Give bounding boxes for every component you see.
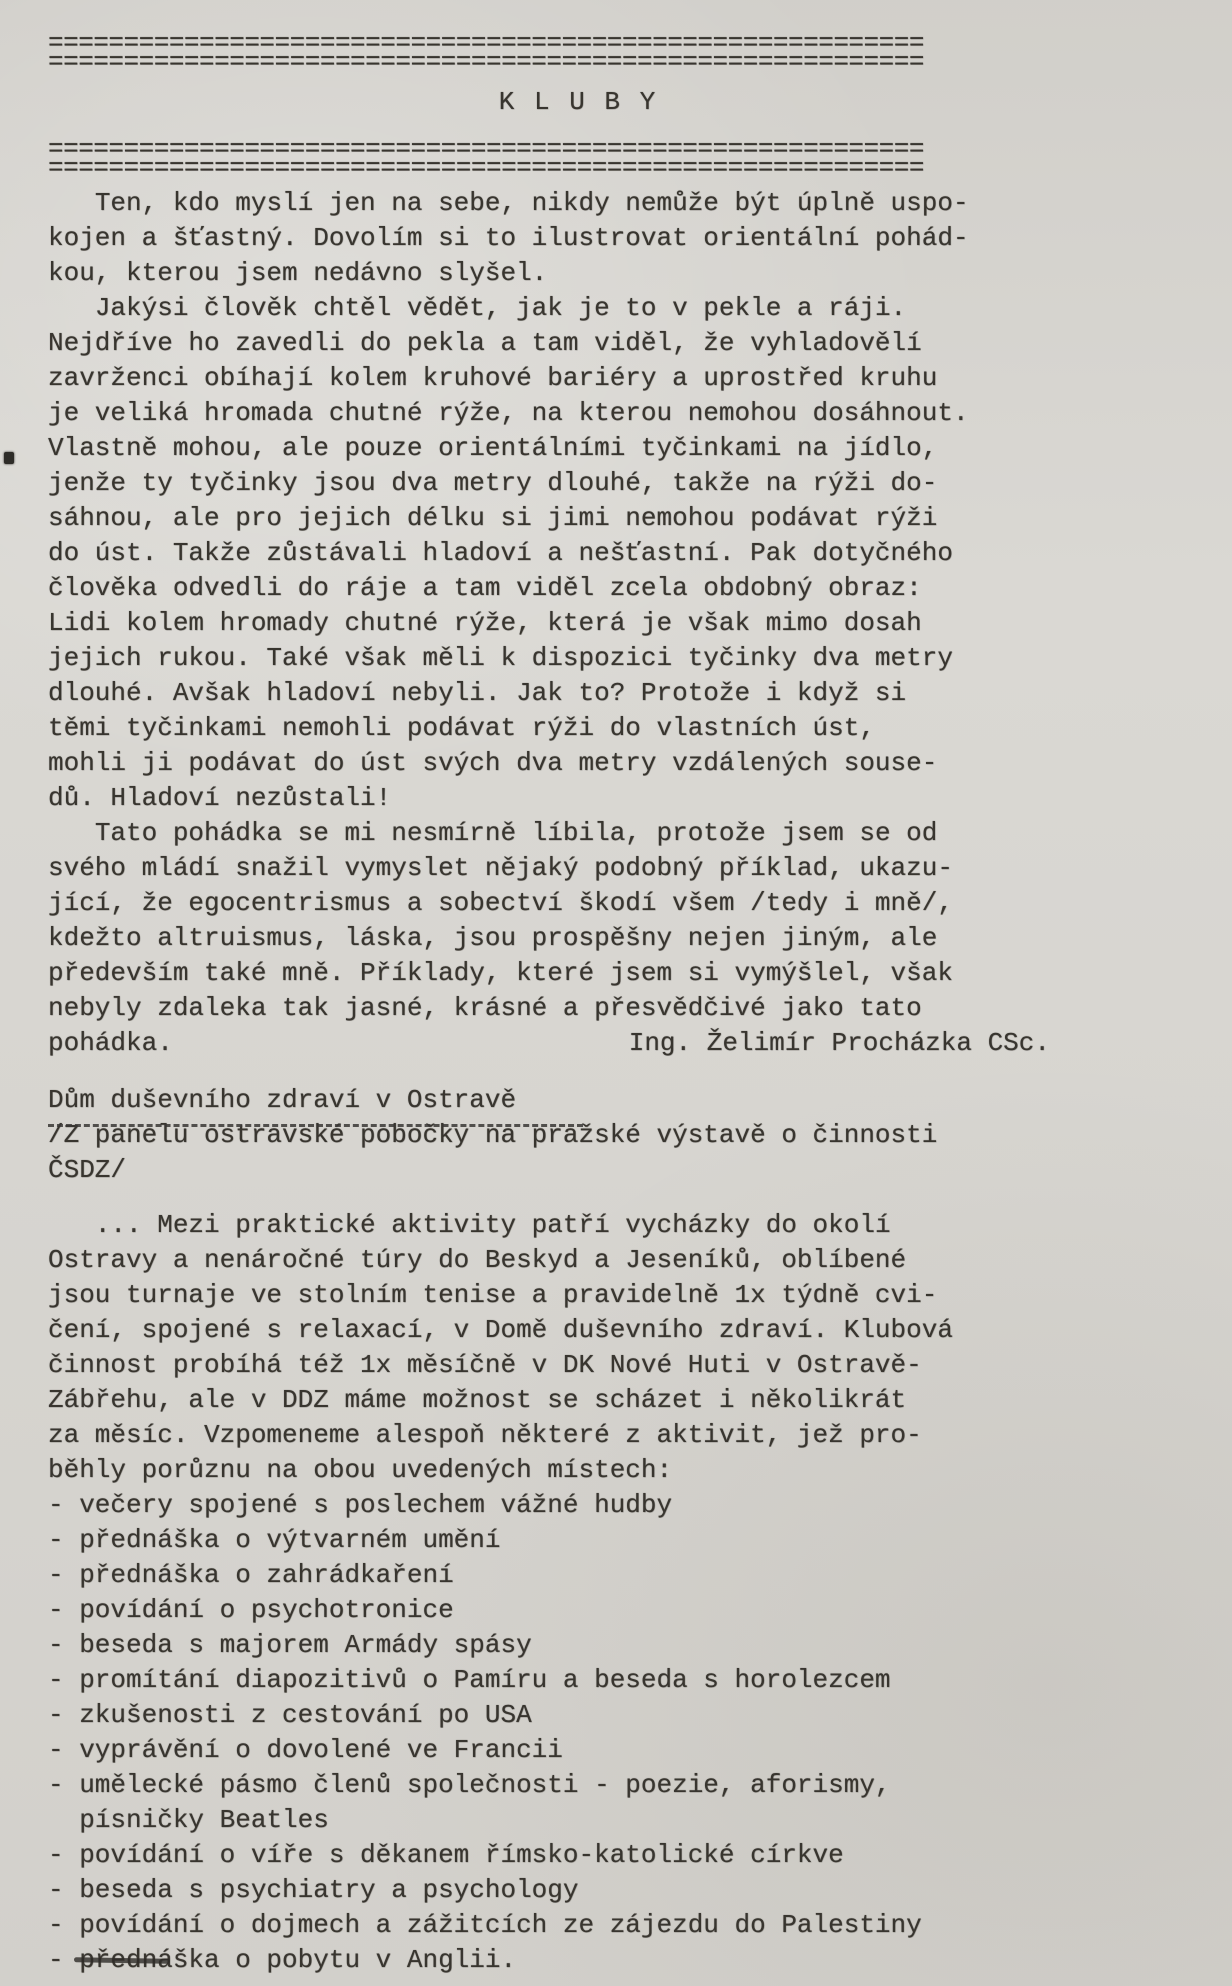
activity-item: - beseda s psychiatry a psychology	[48, 1873, 1000, 1908]
section-subheading: /Z panelu ostravské pobočky na pražské v…	[48, 1118, 1000, 1188]
activity-item: - zkušenosti z cestování po USA	[48, 1698, 1000, 1733]
story-paragraph-1: Ten, kdo myslí jen na sebe, nikdy nemůže…	[48, 186, 1000, 291]
activity-item: - přednáška o výtvarném umění	[48, 1523, 1000, 1558]
page-title: K L U B Y	[48, 84, 1108, 120]
divider-row: ========================================…	[48, 159, 1232, 178]
author-signature: Ing. Želimír Procházka CSc.	[629, 1026, 1050, 1061]
activities-list: - večery spojené s poslechem vážné hudby…	[48, 1488, 1000, 1978]
dashed-underline	[48, 1124, 583, 1127]
scan-speck	[4, 452, 14, 464]
signature-row: pohádka. Ing. Želimír Procházka CSc.	[48, 1026, 1000, 1061]
divider-under-title: ========================================…	[48, 140, 1232, 178]
activity-item-continuation: písničky Beatles	[48, 1803, 1000, 1838]
activity-item: - beseda s majorem Armády spásy	[48, 1628, 1000, 1663]
divider-top: ========================================…	[48, 34, 1232, 72]
subheading-text: /Z panelu ostravské pobočky na pražské v…	[48, 1118, 1000, 1188]
story-paragraph-3: Tato pohádka se mi nesmírně líbila, prot…	[48, 816, 1000, 1026]
section-heading: Dům duševního zdraví v Ostravě	[48, 1083, 1000, 1118]
activity-item: - přednáška o pobytu v Anglii.	[48, 1943, 1000, 1978]
text-column: Ten, kdo myslí jen na sebe, nikdy nemůže…	[48, 186, 1000, 1978]
scanned-typewritten-page: ========================================…	[0, 0, 1232, 1986]
activity-item: - promítání diapozitivů o Pamíru a besed…	[48, 1663, 1000, 1698]
activity-item: - povídání o dojmech a zážitcích ze záje…	[48, 1908, 1000, 1943]
divider-row: ========================================…	[48, 140, 1232, 159]
activity-item: - povídání o psychotronice	[48, 1593, 1000, 1628]
story-paragraph-2: Jakýsi člověk chtěl vědět, jak je to v p…	[48, 291, 1000, 816]
divider-row: ========================================…	[48, 34, 1232, 53]
divider-row: ========================================…	[48, 53, 1232, 72]
activity-item: - přednáška o zahrádkaření	[48, 1558, 1000, 1593]
story-last-line: pohádka.	[48, 1026, 173, 1061]
article-intro-paragraph: ... Mezi praktické aktivity patří vycház…	[48, 1208, 1000, 1488]
activity-item: - večery spojené s poslechem vážné hudby	[48, 1488, 1000, 1523]
activity-item: - povídání o víře s děkanem římsko-katol…	[48, 1838, 1000, 1873]
activity-item: - umělecké pásmo členů společnosti - poe…	[48, 1768, 1000, 1803]
activity-item: - vyprávění o dovolené ve Francii	[48, 1733, 1000, 1768]
